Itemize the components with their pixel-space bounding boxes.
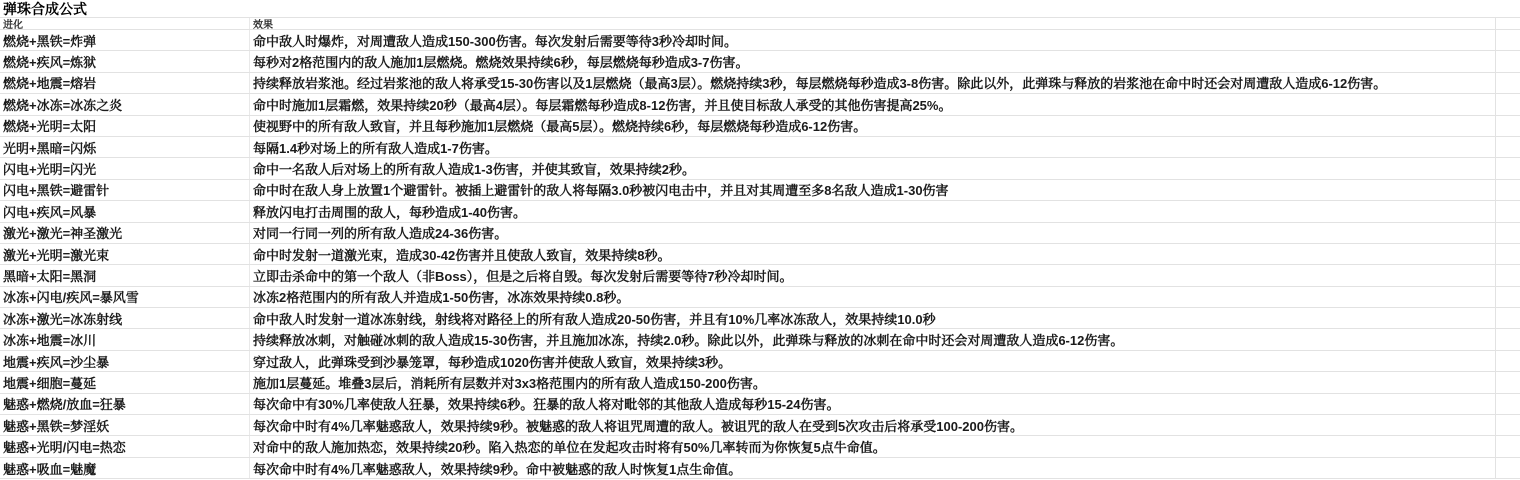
column-header-effect: 效果 bbox=[250, 18, 1496, 29]
formula-cell[interactable]: 魅惑+黑铁=梦淫妖 bbox=[0, 415, 250, 435]
effect-cell[interactable]: 命中时发射一道激光束，造成30-42伤害并且使敌人致盲，效果持续8秒。 bbox=[250, 244, 1496, 264]
effect-cell[interactable]: 冰冻2格范围内的所有敌人并造成1-50伤害，冰冻效果持续0.8秒。 bbox=[250, 287, 1496, 307]
formula-cell[interactable]: 燃烧+地震=熔岩 bbox=[0, 73, 250, 93]
formula-cell[interactable]: 魅惑+吸血=魅魔 bbox=[0, 458, 250, 478]
effect-cell[interactable]: 持续释放岩浆池。经过岩浆池的敌人将承受15-30伤害以及1层燃烧（最高3层）。燃… bbox=[250, 73, 1496, 93]
column-header-evolution: 进化 bbox=[0, 18, 250, 29]
table-row: 魅惑+吸血=魅魔 每次命中时有4%几率魅惑敌人，效果持续9秒。命中被魅惑的敌人时… bbox=[0, 458, 1520, 479]
table-row: 魅惑+燃烧/放血=狂暴 每次命中有30%几率使敌人狂暴，效果持续6秒。狂暴的敌人… bbox=[0, 394, 1520, 415]
table-body: 燃烧+黑铁=炸弹 命中敌人时爆炸，对周遭敌人造成150-300伤害。每次发射后需… bbox=[0, 30, 1520, 479]
effect-cell[interactable]: 对同一行同一列的所有敌人造成24-36伤害。 bbox=[250, 223, 1496, 243]
effect-cell[interactable]: 穿过敌人，此弹珠受到沙暴笼罩，每秒造成1020伤害并使敌人致盲，效果持续3秒。 bbox=[250, 351, 1496, 371]
effect-cell[interactable]: 施加1层蔓延。堆叠3层后，消耗所有层数并对3x3格范围内的所有敌人造成150-2… bbox=[250, 372, 1496, 392]
effect-cell[interactable]: 命中时在敌人身上放置1个避雷针。被插上避雷针的敌人将每隔3.0秒被闪电击中，并且… bbox=[250, 180, 1496, 200]
table-row: 闪电+黑铁=避雷针 命中时在敌人身上放置1个避雷针。被插上避雷针的敌人将每隔3.… bbox=[0, 180, 1520, 201]
formula-cell[interactable]: 闪电+黑铁=避雷针 bbox=[0, 180, 250, 200]
table-row: 黑暗+太阳=黑洞 立即击杀命中的第一个敌人（非Boss），但是之后将自毁。每次发… bbox=[0, 265, 1520, 286]
table-header-row: 进化 效果 bbox=[0, 17, 1520, 30]
effect-cell[interactable]: 命中一名敌人后对场上的所有敌人造成1-3伤害，并使其致盲，效果持续2秒。 bbox=[250, 158, 1496, 178]
table-row: 燃烧+疾风=炼狱 每秒对2格范围内的敌人施加1层燃烧。燃烧效果持续6秒，每层燃烧… bbox=[0, 51, 1520, 72]
table-row: 地震+细胞=蔓延 施加1层蔓延。堆叠3层后，消耗所有层数并对3x3格范围内的所有… bbox=[0, 372, 1520, 393]
effect-cell[interactable]: 立即击杀命中的第一个敌人（非Boss），但是之后将自毁。每次发射后需要等待7秒冷… bbox=[250, 265, 1496, 285]
effect-cell[interactable]: 每次命中时有4%几率魅惑敌人，效果持续9秒。命中被魅惑的敌人时恢复1点生命值。 bbox=[250, 458, 1496, 478]
formula-cell[interactable]: 魅惑+燃烧/放血=狂暴 bbox=[0, 394, 250, 414]
table-row: 闪电+疾风=风暴 释放闪电打击周围的敌人，每秒造成1-40伤害。 bbox=[0, 201, 1520, 222]
formula-cell[interactable]: 燃烧+冰冻=冰冻之炎 bbox=[0, 94, 250, 114]
effect-cell[interactable]: 命中敌人时爆炸，对周遭敌人造成150-300伤害。每次发射后需要等待3秒冷却时间… bbox=[250, 30, 1496, 50]
page-title: 弹珠合成公式 bbox=[0, 0, 1520, 17]
formula-cell[interactable]: 激光+激光=神圣激光 bbox=[0, 223, 250, 243]
table-row: 地震+疾风=沙尘暴 穿过敌人，此弹珠受到沙暴笼罩，每秒造成1020伤害并使敌人致… bbox=[0, 351, 1520, 372]
table-row: 激光+激光=神圣激光 对同一行同一列的所有敌人造成24-36伤害。 bbox=[0, 223, 1520, 244]
effect-cell[interactable]: 每次命中时有4%几率魅惑敌人，效果持续9秒。被魅惑的敌人将诅咒周遭的敌人。被诅咒… bbox=[250, 415, 1496, 435]
synthesis-formula-table: 进化 效果 燃烧+黑铁=炸弹 命中敌人时爆炸，对周遭敌人造成150-300伤害。… bbox=[0, 17, 1520, 479]
effect-cell[interactable]: 命中时施加1层霜燃，效果持续20秒（最高4层）。每层霜燃每秒造成8-12伤害，并… bbox=[250, 94, 1496, 114]
table-row: 燃烧+地震=熔岩 持续释放岩浆池。经过岩浆池的敌人将承受15-30伤害以及1层燃… bbox=[0, 73, 1520, 94]
table-row: 冰冻+闪电/疾风=暴风雪 冰冻2格范围内的所有敌人并造成1-50伤害，冰冻效果持… bbox=[0, 287, 1520, 308]
formula-cell[interactable]: 冰冻+地震=冰川 bbox=[0, 329, 250, 349]
formula-cell[interactable]: 光明+黑暗=闪烁 bbox=[0, 137, 250, 157]
effect-cell[interactable]: 每秒对2格范围内的敌人施加1层燃烧。燃烧效果持续6秒，每层燃烧每秒造成3-7伤害… bbox=[250, 51, 1496, 71]
table-row: 激光+光明=激光束 命中时发射一道激光束，造成30-42伤害并且使敌人致盲，效果… bbox=[0, 244, 1520, 265]
table-row: 燃烧+冰冻=冰冻之炎 命中时施加1层霜燃，效果持续20秒（最高4层）。每层霜燃每… bbox=[0, 94, 1520, 115]
effect-cell[interactable]: 每隔1.4秒对场上的所有敌人造成1-7伤害。 bbox=[250, 137, 1496, 157]
effect-cell[interactable]: 持续释放冰刺，对触碰冰刺的敌人造成15-30伤害，并且施加冰冻，持续2.0秒。除… bbox=[250, 329, 1496, 349]
formula-cell[interactable]: 魅惑+光明/闪电=热恋 bbox=[0, 436, 250, 456]
formula-cell[interactable]: 闪电+光明=闪光 bbox=[0, 158, 250, 178]
table-row: 闪电+光明=闪光 命中一名敌人后对场上的所有敌人造成1-3伤害，并使其致盲，效果… bbox=[0, 158, 1520, 179]
formula-cell[interactable]: 黑暗+太阳=黑洞 bbox=[0, 265, 250, 285]
table-row: 魅惑+黑铁=梦淫妖 每次命中时有4%几率魅惑敌人，效果持续9秒。被魅惑的敌人将诅… bbox=[0, 415, 1520, 436]
formula-cell[interactable]: 燃烧+黑铁=炸弹 bbox=[0, 30, 250, 50]
effect-cell[interactable]: 释放闪电打击周围的敌人，每秒造成1-40伤害。 bbox=[250, 201, 1496, 221]
formula-cell[interactable]: 冰冻+闪电/疾风=暴风雪 bbox=[0, 287, 250, 307]
effect-cell[interactable]: 每次命中有30%几率使敌人狂暴，效果持续6秒。狂暴的敌人将对毗邻的其他敌人造成每… bbox=[250, 394, 1496, 414]
effect-cell[interactable]: 使视野中的所有敌人致盲，并且每秒施加1层燃烧（最高5层）。燃烧持续6秒，每层燃烧… bbox=[250, 116, 1496, 136]
table-row: 燃烧+黑铁=炸弹 命中敌人时爆炸，对周遭敌人造成150-300伤害。每次发射后需… bbox=[0, 30, 1520, 51]
formula-cell[interactable]: 地震+细胞=蔓延 bbox=[0, 372, 250, 392]
table-row: 魅惑+光明/闪电=热恋 对命中的敌人施加热恋，效果持续20秒。陷入热恋的单位在发… bbox=[0, 436, 1520, 457]
formula-cell[interactable]: 激光+光明=激光束 bbox=[0, 244, 250, 264]
effect-cell[interactable]: 命中敌人时发射一道冰冻射线，射线将对路径上的所有敌人造成20-50伤害，并且有1… bbox=[250, 308, 1496, 328]
formula-cell[interactable]: 地震+疾风=沙尘暴 bbox=[0, 351, 250, 371]
formula-cell[interactable]: 冰冻+激光=冰冻射线 bbox=[0, 308, 250, 328]
formula-cell[interactable]: 燃烧+疾风=炼狱 bbox=[0, 51, 250, 71]
table-row: 光明+黑暗=闪烁 每隔1.4秒对场上的所有敌人造成1-7伤害。 bbox=[0, 137, 1520, 158]
table-row: 冰冻+地震=冰川 持续释放冰刺，对触碰冰刺的敌人造成15-30伤害，并且施加冰冻… bbox=[0, 329, 1520, 350]
table-row: 燃烧+光明=太阳 使视野中的所有敌人致盲，并且每秒施加1层燃烧（最高5层）。燃烧… bbox=[0, 116, 1520, 137]
effect-cell[interactable]: 对命中的敌人施加热恋，效果持续20秒。陷入热恋的单位在发起攻击时将有50%几率转… bbox=[250, 436, 1496, 456]
table-row: 冰冻+激光=冰冻射线 命中敌人时发射一道冰冻射线，射线将对路径上的所有敌人造成2… bbox=[0, 308, 1520, 329]
formula-cell[interactable]: 燃烧+光明=太阳 bbox=[0, 116, 250, 136]
formula-cell[interactable]: 闪电+疾风=风暴 bbox=[0, 201, 250, 221]
